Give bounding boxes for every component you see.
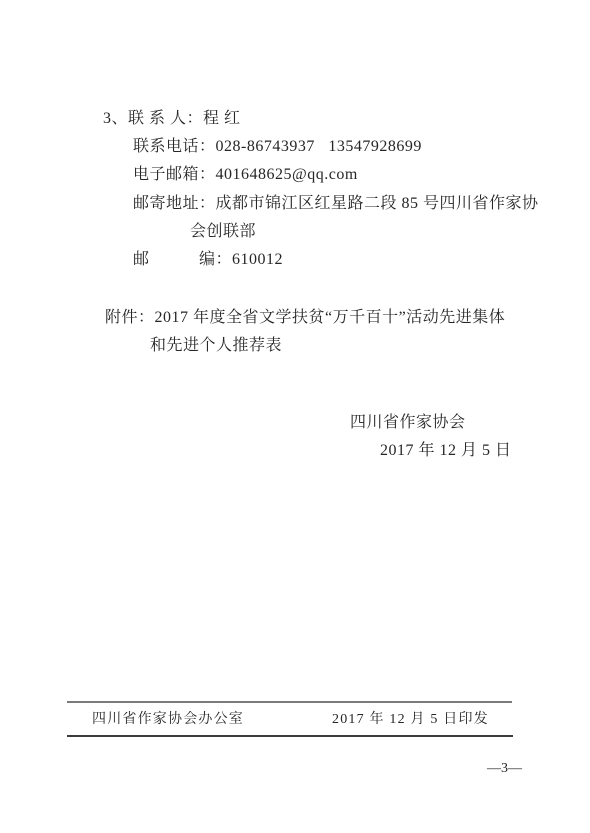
mailing-address-line-1: 邮寄地址：成都市锦江区红星路二段 85 号四川省作家协	[133, 194, 539, 214]
footer-rule-bottom	[67, 735, 513, 737]
attachment-line-2: 和先进个人推荐表	[150, 336, 282, 356]
footer-office: 四川省作家协会办公室	[92, 710, 244, 730]
postal-code-line: 邮 编：610012	[133, 250, 283, 270]
footer-issue-date: 2017 年 12 月 5 日印发	[332, 710, 489, 730]
contact-phone-line: 联系电话：028-86743937 13547928699	[133, 137, 422, 157]
footer-rule-top	[67, 701, 512, 703]
contact-email-line: 电子邮箱：401648625@qq.com	[133, 165, 358, 185]
attachment-line-1: 附件：2017 年度全省文学扶贫“万千百十”活动先进集体	[105, 308, 505, 328]
page-number: —3—	[487, 759, 522, 779]
signature-org: 四川省作家协会	[350, 413, 466, 433]
mailing-address-line-2: 会创联部	[190, 222, 256, 242]
signature-date: 2017 年 12 月 5 日	[380, 441, 512, 461]
contact-person-line: 3、联 系 人：程 红	[103, 109, 241, 129]
document-page: 3、联 系 人：程 红 联系电话：028-86743937 1354792869…	[0, 0, 590, 833]
